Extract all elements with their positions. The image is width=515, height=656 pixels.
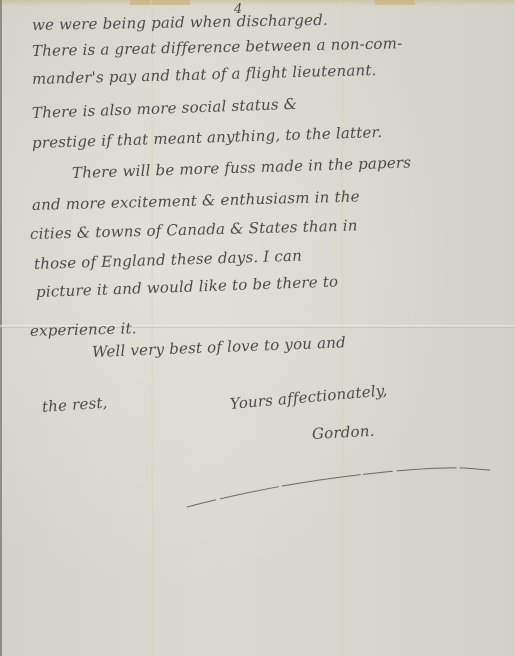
letter-line: There will be more fuss made in the pape…	[72, 153, 412, 182]
closing: Yours affectionately,	[229, 381, 388, 413]
paper-edge	[0, 0, 2, 656]
letter-page: 4 we were being paid when discharged. Th…	[0, 0, 515, 656]
paper-stain	[375, 0, 415, 5]
letter-line: the rest,	[41, 393, 108, 416]
letter-line: mander's pay and that of a flight lieute…	[32, 61, 377, 88]
letter-line: picture it and would like to be there to	[36, 272, 339, 301]
fold-crease-vertical	[150, 0, 153, 656]
letter-line: There is also more social status &	[32, 95, 298, 122]
paper-stain	[130, 0, 190, 5]
letter-line: Well very best of love to you and	[92, 333, 347, 361]
signature: Gordon.	[312, 422, 376, 443]
underline-flourish	[185, 462, 495, 512]
letter-line: experience it.	[30, 319, 137, 340]
letter-line: prestige if that meant anything, to the …	[32, 123, 383, 152]
letter-line: and more excitement & enthusiasm in the	[32, 187, 360, 214]
letter-line: those of England these days. I can	[34, 247, 302, 273]
letter-line: There is a great difference between a no…	[32, 34, 403, 60]
letter-line: cities & towns of Canada & States than i…	[30, 216, 358, 243]
fold-crease-vertical	[340, 0, 343, 656]
letter-line: we were being paid when discharged.	[32, 11, 328, 34]
